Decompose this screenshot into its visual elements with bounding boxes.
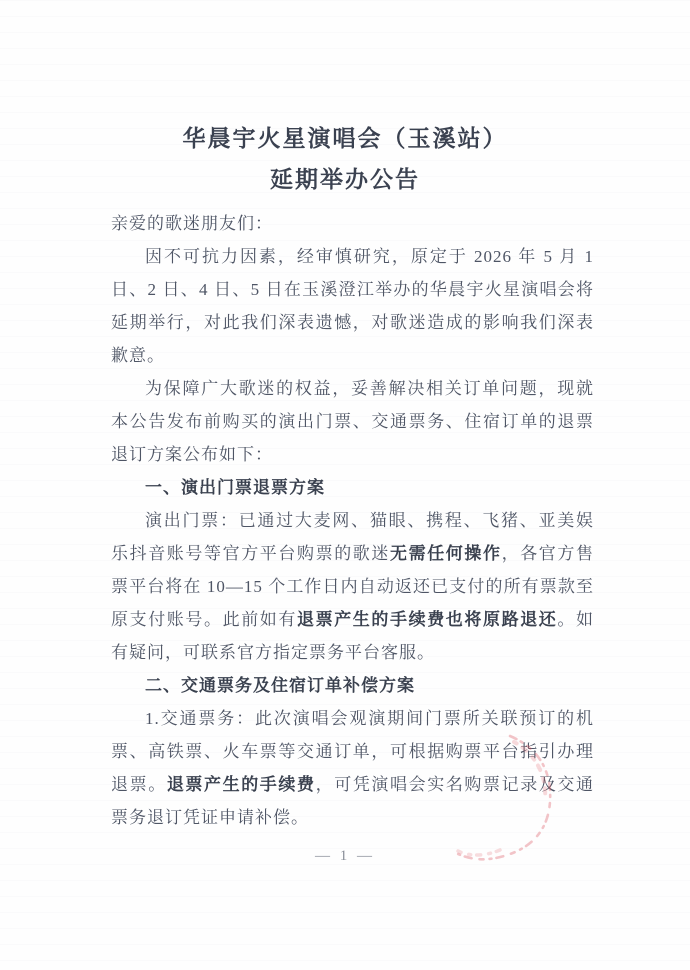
paragraph: 为保障广大歌迷的权益，妥善解决相关订单问题，现就本公告发布前购买的演出门票、交通… [111,372,594,471]
salutation-line: 亲爱的歌迷朋友们： [111,207,594,240]
bold-text-run: 一、演出门票退票方案 [145,478,325,497]
bold-text-run: 退票产生的手续费 [167,775,316,794]
paragraph: 因不可抗力因素，经审慎研究，原定于 2026 年 5 月 1 日、2 日、4 日… [111,240,594,372]
page-number: — 1 — [0,848,690,865]
section-heading: 一、演出门票退票方案 [111,471,594,504]
bold-text-run: 无需任何操作 [390,544,502,563]
document-body: 亲爱的歌迷朋友们：因不可抗力因素，经审慎研究，原定于 2026 年 5 月 1 … [111,207,594,834]
document-title-line1: 华晨宇火星演唱会（玉溪站） [0,118,690,159]
document-title: 华晨宇火星演唱会（玉溪站） 延期举办公告 [0,118,690,200]
paragraph: 1.交通票务：此次演唱会观演期间门票所关联预订的机票、高铁票、火车票等交通订单，… [111,702,594,834]
text-run: 为保障广大歌迷的权益，妥善解决相关订单问题，现就本公告发布前购买的演出门票、交通… [111,379,594,464]
scanned-document-page: 华晨宇火星演唱会（玉溪站） 延期举办公告 亲爱的歌迷朋友们：因不可抗力因素，经审… [0,0,690,970]
section-heading: 二、交通票务及住宿订单补偿方案 [111,669,594,702]
document-title-line2: 延期举办公告 [0,159,690,200]
bold-text-run: 退票产生的手续费也将原路退还 [297,610,557,629]
text-run: 亲爱的歌迷朋友们： [111,214,273,233]
text-run: 因不可抗力因素，经审慎研究，原定于 2026 年 5 月 1 日、2 日、4 日… [111,247,594,365]
bold-text-run: 二、交通票务及住宿订单补偿方案 [145,676,415,695]
paragraph: 演出门票：已通过大麦网、猫眼、携程、飞猪、亚美娱乐抖音账号等官方平台购票的歌迷无… [111,504,594,669]
